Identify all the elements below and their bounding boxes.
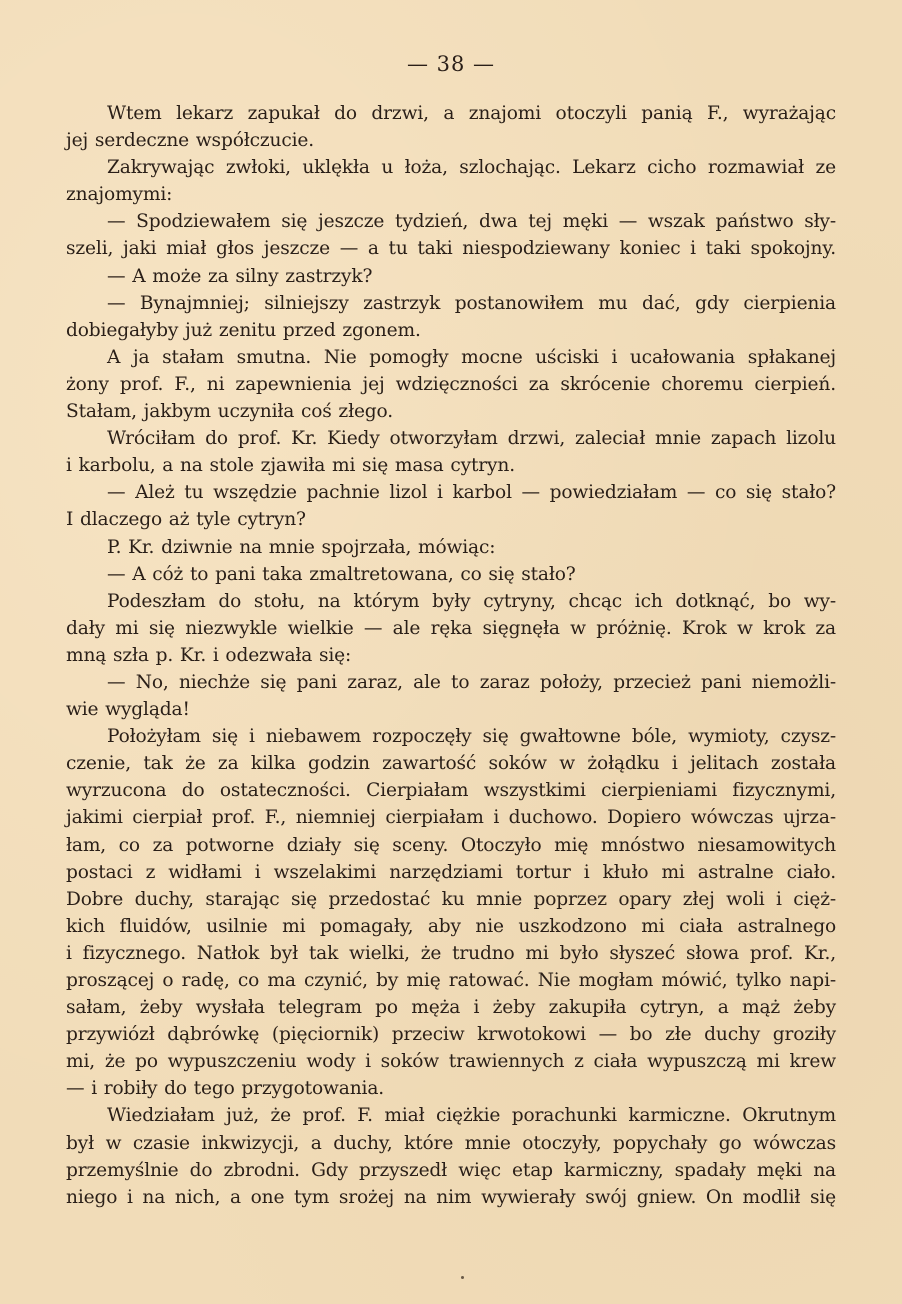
text-line: łam, co za potworne działy się sceny. Ot… — [66, 832, 836, 859]
text-line: Położyłam się i niebawem rozpoczęły się … — [66, 723, 836, 750]
text-line: Dobre duchy, starając się przedostać ku … — [66, 886, 836, 913]
text-line: sałam, żeby wysłała telegram po męża i ż… — [66, 994, 836, 1021]
text-line: — No, niechże się pani zaraz, ale to zar… — [66, 669, 836, 696]
text-line: niego i na nich, a one tym srożej na nim… — [66, 1184, 836, 1211]
text-line: i karbolu, a na stole zjawiła mi się mas… — [66, 452, 836, 479]
text-line: — Bynajmniej; silniejszy zastrzyk postan… — [66, 290, 836, 317]
text-line: wyrzucona do ostateczności. Cierpiałam w… — [66, 777, 836, 804]
text-line: szeli, jaki miał głos jeszcze — a tu tak… — [66, 235, 836, 262]
text-line: A ja stałam smutna. Nie pomogły mocne uś… — [66, 344, 836, 371]
text-line: przemyślnie do zbrodni. Gdy przyszedł wi… — [66, 1157, 836, 1184]
text-line: kich fluidów, usilnie mi pomagały, aby n… — [66, 913, 836, 940]
text-line: znajomymi: — [66, 181, 836, 208]
text-line: przywiózł dąbrówkę (pięciornik) przeciw … — [66, 1021, 836, 1048]
text-line: i fizycznego. Natłok był tak wielki, że … — [66, 940, 836, 967]
text-line: — Ależ tu wszędzie pachnie lizol i karbo… — [66, 479, 836, 506]
text-line: — i robiły do tego przygotowania. — [66, 1075, 836, 1102]
text-line: I dlaczego aż tyle cytryn? — [66, 506, 836, 533]
paper-speck — [461, 1276, 464, 1279]
text-line: wie wygląda! — [66, 696, 836, 723]
text-line: jakimi cierpiał prof. F., niemniej cierp… — [66, 804, 836, 831]
text-line: Zakrywając zwłoki, uklękła u łoża, szloc… — [66, 154, 836, 181]
body-text: Wtem lekarz zapukał do drzwi, a znajomi … — [66, 100, 836, 1211]
text-line: żony prof. F., ni zapewnienia jej wdzięc… — [66, 371, 836, 398]
text-line: proszącej o radę, co ma czynić, by mię r… — [66, 967, 836, 994]
text-line: — A może za silny zastrzyk? — [66, 263, 836, 290]
text-line: Wtem lekarz zapukał do drzwi, a znajomi … — [66, 100, 836, 127]
text-line: jej serdeczne współczucie. — [66, 127, 836, 154]
text-line: postaci z widłami i wszelakimi narzędzia… — [66, 859, 836, 886]
text-line: mną szła p. Kr. i odezwała się: — [66, 642, 836, 669]
text-line: P. Kr. dziwnie na mnie spojrzała, mówiąc… — [66, 534, 836, 561]
text-line: Podeszłam do stołu, na którym były cytry… — [66, 588, 836, 615]
text-line: Wiedziałam już, że prof. F. miał ciężkie… — [66, 1102, 836, 1129]
text-line: — A cóż to pani taka zmaltretowana, co s… — [66, 561, 836, 588]
text-line: czenie, tak że za kilka godzin zawartość… — [66, 750, 836, 777]
text-line: mi, że po wypuszczeniu wody i soków traw… — [66, 1048, 836, 1075]
text-line: był w czasie inkwizycji, a duchy, które … — [66, 1130, 836, 1157]
text-line: dobiegałyby już zenitu przed zgonem. — [66, 317, 836, 344]
text-line: Wróciłam do prof. Kr. Kiedy otworzyłam d… — [66, 425, 836, 452]
page-number: — 38 — — [0, 52, 902, 76]
text-line: dały mi się niezwykle wielkie — ale ręka… — [66, 615, 836, 642]
text-line: Stałam, jakbym uczyniła coś złego. — [66, 398, 836, 425]
text-line: — Spodziewałem się jeszcze tydzień, dwa … — [66, 208, 836, 235]
